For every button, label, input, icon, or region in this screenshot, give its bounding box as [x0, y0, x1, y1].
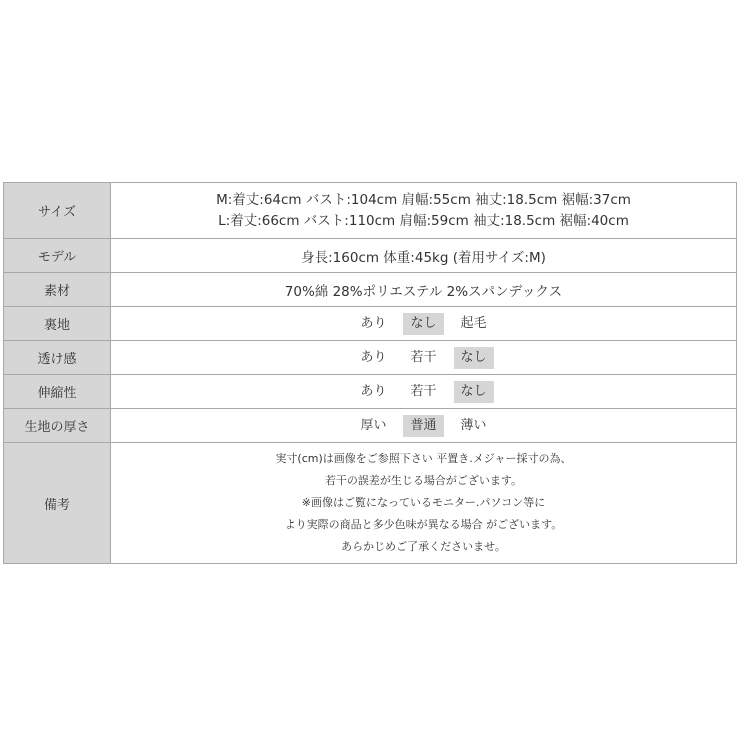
- table-row-size: サイズ M:着丈:64cm バスト:104cm 肩幅:55cm 袖丈:18.5c…: [4, 183, 737, 239]
- lining-option-yes: あり: [353, 313, 393, 335]
- size-l-line: L:着丈:66cm バスト:110cm 肩幅:59cm 袖丈:18.5cm 裾幅…: [111, 211, 736, 232]
- notes-value: 実寸(cm)は画像をご参照下さい 平置き.メジャー採寸の為、 若干の誤差が生じる…: [111, 443, 737, 564]
- model-value: 身長:160cm 体重:45kg (着用サイズ:M): [111, 239, 737, 273]
- thickness-option-thick: 厚い: [353, 415, 393, 437]
- notes-label: 備考: [4, 443, 111, 564]
- notes-line-5: あらかじめご了承くださいませ。: [111, 536, 736, 558]
- table-row-notes: 備考 実寸(cm)は画像をご参照下さい 平置き.メジャー採寸の為、 若干の誤差が…: [4, 443, 737, 564]
- thickness-label: 生地の厚さ: [4, 409, 111, 443]
- thickness-value: 厚い 普通 薄い: [111, 409, 737, 443]
- table-row-stretch: 伸縮性 あり 若干 なし: [4, 375, 737, 409]
- lining-options: あり なし 起毛: [353, 313, 493, 335]
- size-value: M:着丈:64cm バスト:104cm 肩幅:55cm 袖丈:18.5cm 裾幅…: [111, 183, 737, 239]
- size-label: サイズ: [4, 183, 111, 239]
- notes-line-2: 若干の誤差が生じる場合がございます。: [111, 470, 736, 492]
- sheer-value: あり 若干 なし: [111, 341, 737, 375]
- sheer-options: あり 若干 なし: [353, 347, 493, 369]
- stretch-options: あり 若干 なし: [353, 381, 493, 403]
- material-value: 70%綿 28%ポリエステル 2%スパンデックス: [111, 273, 737, 307]
- stretch-option-yes: あり: [353, 381, 393, 403]
- table-row-thickness: 生地の厚さ 厚い 普通 薄い: [4, 409, 737, 443]
- lining-label: 裏地: [4, 307, 111, 341]
- thickness-option-thin: 薄い: [454, 415, 494, 437]
- thickness-options: 厚い 普通 薄い: [353, 415, 493, 437]
- stretch-option-no-selected: なし: [454, 381, 494, 403]
- stretch-value: あり 若干 なし: [111, 375, 737, 409]
- lining-option-brushed: 起毛: [454, 313, 494, 335]
- sheer-option-no-selected: なし: [454, 347, 494, 369]
- stretch-label: 伸縮性: [4, 375, 111, 409]
- material-label: 素材: [4, 273, 111, 307]
- size-m-line: M:着丈:64cm バスト:104cm 肩幅:55cm 袖丈:18.5cm 裾幅…: [111, 190, 736, 211]
- stretch-option-slight: 若干: [403, 381, 443, 403]
- thickness-option-normal-selected: 普通: [403, 415, 443, 437]
- table-row-sheer: 透け感 あり 若干 なし: [4, 341, 737, 375]
- lining-option-no-selected: なし: [403, 313, 443, 335]
- notes-line-3: ※画像はご覧になっているモニター.パソコン等に: [111, 492, 736, 514]
- lining-value: あり なし 起毛: [111, 307, 737, 341]
- sheer-option-yes: あり: [353, 347, 393, 369]
- product-spec-table: サイズ M:着丈:64cm バスト:104cm 肩幅:55cm 袖丈:18.5c…: [3, 182, 737, 564]
- sheer-option-slight: 若干: [403, 347, 443, 369]
- model-label: モデル: [4, 239, 111, 273]
- notes-line-1: 実寸(cm)は画像をご参照下さい 平置き.メジャー採寸の為、: [111, 448, 736, 470]
- sheer-label: 透け感: [4, 341, 111, 375]
- table-row-material: 素材 70%綿 28%ポリエステル 2%スパンデックス: [4, 273, 737, 307]
- table-row-lining: 裏地 あり なし 起毛: [4, 307, 737, 341]
- table-row-model: モデル 身長:160cm 体重:45kg (着用サイズ:M): [4, 239, 737, 273]
- notes-line-4: より実際の商品と多少色味が異なる場合 がございます。: [111, 514, 736, 536]
